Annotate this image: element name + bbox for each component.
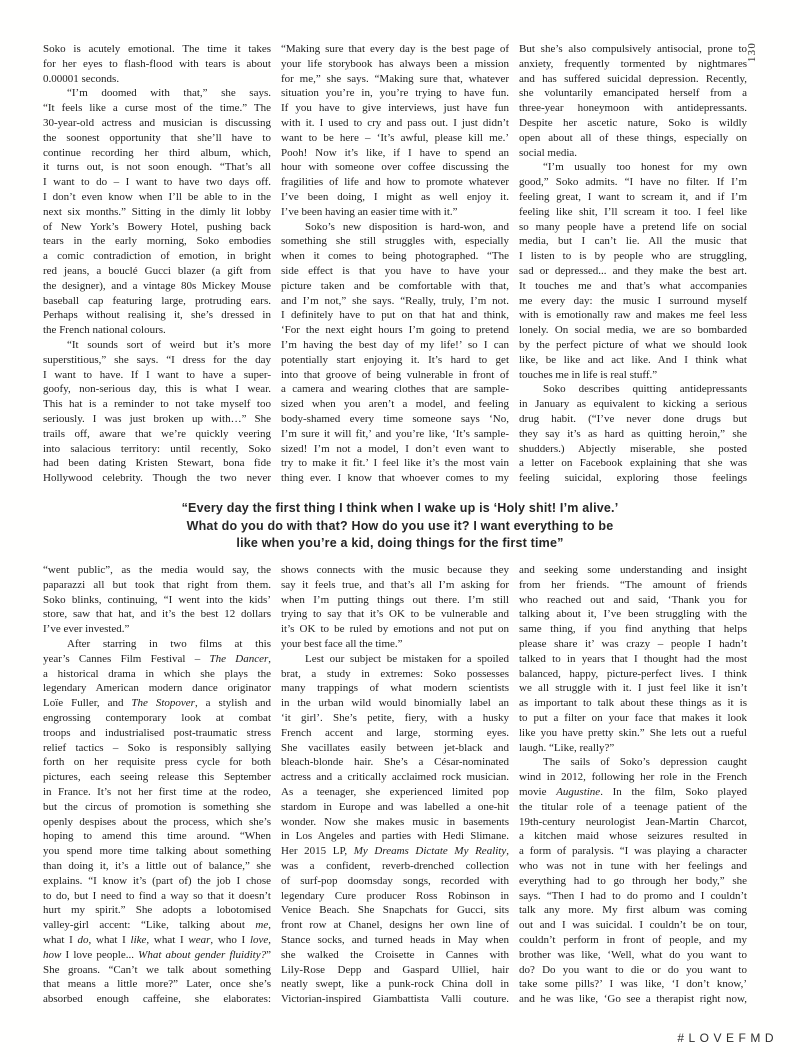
text-line: valley-girl accent: “Like, talking about… — [43, 918, 271, 933]
text-line: Hollywood celebrity. Though the two neve… — [43, 471, 271, 486]
text-line: 19th-century neurologist Jean-Martin Cha… — [519, 815, 747, 830]
text-line: and he was like, ‘Go see a therapist rig… — [519, 992, 747, 1007]
text-line: a kitchen maid whose seizures resulted i… — [519, 829, 747, 844]
text-line: wind in 2012, following her role in the … — [519, 770, 747, 785]
text-line: side effect is that you have to have you… — [281, 264, 509, 279]
text-line: says. “Then I had to do promo and I coul… — [519, 889, 747, 904]
text-line: “It sounds sort of weird but it’s more — [43, 338, 271, 353]
text-line: that means a little more?” Later, once s… — [43, 977, 271, 992]
text-line: she voluntarily emancipated herself from… — [519, 86, 747, 101]
text-line: feeling suicidal, exploring those feelin… — [519, 471, 747, 486]
magazine-page: Soko is acutely emotional. The time it t… — [0, 0, 800, 1057]
text-line: I’ve been doing, I might as well enjoy i… — [281, 190, 509, 205]
text-line: brother was like, ‘Well, what do you wan… — [519, 948, 747, 963]
text-line: talking about it, I’ve been struggling w… — [519, 607, 747, 622]
text-line: feeling great, I want to scream it, and … — [519, 190, 747, 205]
text-line: to put a filter on your face that makes … — [519, 711, 747, 726]
text-line: Soko is acutely emotional. The time it t… — [43, 42, 271, 57]
text-line: body-shamed every time someone says ‘No, — [281, 412, 509, 427]
text-line: something she still struggles with, espe… — [281, 234, 509, 249]
text-line: absorbed enough caffeine, she elaborates… — [43, 992, 271, 1007]
text-line: Perhaps without realising it, she’s dres… — [43, 308, 271, 323]
text-line: next six months.” Sitting in the dimly l… — [43, 205, 271, 220]
text-line: it’s OK to be ruled by emotions and not … — [281, 622, 509, 637]
text-line: I want to have. If I want to have a supe… — [43, 368, 271, 383]
text-line: red jeans, a bouclé Gucci blazer (a gift… — [43, 264, 271, 279]
text-line: of New York’s Bowery Hotel, pushing back — [43, 220, 271, 235]
text-line: paparazzi all but took that right from t… — [43, 578, 271, 593]
text-line: This hat is a reminder to not take mysel… — [43, 397, 271, 412]
text-line: She vacillates easily between jet-black … — [281, 741, 509, 756]
text-line: “I’m usually too honest for my own — [519, 160, 747, 175]
text-line: for me,” she says. “Making sure that, wh… — [281, 72, 509, 87]
text-line: same thing, if you find anything that he… — [519, 622, 747, 637]
text-line: open about all of these things, especial… — [519, 131, 747, 146]
pull-quote: “Every day the first thing I think when … — [60, 500, 740, 553]
text-line: in the urban wild would binomially label… — [281, 696, 509, 711]
text-line: pictures, each seeing release this Septe… — [43, 770, 271, 785]
text-line: French accent and large, storming eyes. — [281, 726, 509, 741]
text-line: hour with someone over coffee discussing… — [281, 160, 509, 175]
text-line: “It feels like a curse most of the time.… — [43, 101, 271, 116]
text-line: explains. “I know it’s (part of) the job… — [43, 874, 271, 889]
text-line: who was not in tune with her feelings an… — [519, 859, 747, 874]
text-line: your life storybook has always been a mi… — [281, 57, 509, 72]
text-line: she walked the Croisette in Cannes with — [281, 948, 509, 963]
text-line: they say it’s as hard as quitting heroin… — [519, 427, 747, 442]
text-line: balanced, happy, picture-perfect lives. … — [519, 667, 747, 682]
article-lower-block: “went public”, as the media would say, t… — [43, 563, 747, 1007]
text-line: continue recording her third album, whic… — [43, 146, 271, 161]
text-line: talk any more. My first album was coming — [519, 903, 747, 918]
text-line: I don’t even know when I’ll be able to i… — [43, 190, 271, 205]
text-line: hurt my spirit.” She adopts a lobotomise… — [43, 903, 271, 918]
text-line: it turns out, is not soon enough. “That’… — [43, 160, 271, 175]
text-line: in France. It’s not her first time at th… — [43, 785, 271, 800]
text-line: ‘it girl’. She’s petite, fiery, with a h… — [281, 711, 509, 726]
text-line: how I love people... What about gender f… — [43, 948, 271, 963]
text-line: when it comes to being photographed. “Th… — [281, 249, 509, 264]
text-line: front row at Chanel, designs her own lin… — [281, 918, 509, 933]
text-line: legendary American modern dance originat… — [43, 681, 271, 696]
text-line: baseball cap featuring large, protruding… — [43, 294, 271, 309]
text-line: to do, but I need to find a way so that … — [43, 889, 271, 904]
text-line: fragilities of life and how to promote w… — [281, 175, 509, 190]
text-line: As a teenager, she experienced limited p… — [281, 785, 509, 800]
text-line: troops and industrialised post-traumatic… — [43, 726, 271, 741]
text-line: your best face all the time.” — [281, 637, 509, 652]
text-line: the soonest opportunity that she’ll have… — [43, 131, 271, 146]
text-line: sized! I’m not a model, I don’t even wan… — [281, 442, 509, 457]
text-line: potentially start enjoying it. It’s hard… — [281, 353, 509, 368]
text-line: the French national colours. — [43, 323, 271, 338]
text-line: want to be here – ‘It’s awful, please ki… — [281, 131, 509, 146]
text-line: I want to do – I want to have two days o… — [43, 175, 271, 190]
text-line: for her eyes to flash-flood with tears i… — [43, 57, 271, 72]
text-line: I listen to is by people who are struggl… — [519, 249, 747, 264]
text-line: Her 2015 LP, My Dreams Dictate My Realit… — [281, 844, 509, 859]
article-column-lower-1: “went public”, as the media would say, t… — [43, 563, 271, 1007]
text-line: Loïe Fuller, and The Stopover, a stylish… — [43, 696, 271, 711]
text-line: I’ve been having an easier time with it.… — [281, 205, 509, 220]
text-line: like when you’re a kid, doing things for… — [60, 535, 740, 553]
text-line: Soko’s new disposition is hard-won, and — [281, 220, 509, 235]
text-line: touches me in life is real stuff.” — [519, 368, 747, 383]
text-line: shows connects with the music because th… — [281, 563, 509, 578]
article-upper-block: Soko is acutely emotional. The time it t… — [43, 42, 747, 486]
text-line: three-year honeymoon with antidepressant… — [519, 101, 747, 116]
text-line: a comic contradiction of emotion, in bri… — [43, 249, 271, 264]
text-line: me every day: the music I surround mysel… — [519, 294, 747, 309]
text-line: but the circus of promotion is something… — [43, 800, 271, 815]
text-line: and has suffered suicidal depression. Re… — [519, 72, 747, 87]
text-line: stardom in Europe and was labelled a one… — [281, 800, 509, 815]
article-column-lower-2: shows connects with the music because th… — [281, 563, 509, 1007]
text-line: I’ve ever invested.” — [43, 622, 271, 637]
text-line: Despite her ascetic nature, Soko is wild… — [519, 116, 747, 131]
text-line: take some pills?’ I was like, ‘I don’t k… — [519, 977, 747, 992]
text-line: drug habit. (“I’ve never done drugs but — [519, 412, 747, 427]
text-line: openly despises about the process, which… — [43, 815, 271, 830]
text-line: anxiety, frequently tormented by nightma… — [519, 57, 747, 72]
text-line: relief tactics – Soko is responsibly sal… — [43, 741, 271, 756]
page-number: 130 — [747, 42, 758, 62]
text-line: thing ever. I know that whoever comes to… — [281, 471, 509, 486]
text-line: in Los Angeles and parties with Hedi Sli… — [281, 829, 509, 844]
text-line: sad or depressed... and they make the be… — [519, 264, 747, 279]
text-line: 0.00001 seconds. — [43, 72, 271, 87]
text-line: shudders.) Abjectly miserable, she poste… — [519, 442, 747, 457]
text-line: couldn’t perform in front of people, and… — [519, 933, 747, 948]
text-line: If you have to give interviews, just hav… — [281, 101, 509, 116]
text-line: I’m having the best day of my life!’ so … — [281, 338, 509, 353]
article-column-upper-1: Soko is acutely emotional. The time it t… — [43, 42, 271, 486]
text-line: try to make it fit.’ I feel like it’s th… — [281, 456, 509, 471]
text-line: neatly swept, like a punk-rock China dol… — [281, 977, 509, 992]
text-line: media, but I can’t lie. All the music th… — [519, 234, 747, 249]
text-line: with it. I used to cry and pass out. I j… — [281, 116, 509, 131]
text-line: After starring in two films at this — [43, 637, 271, 652]
article-column-lower-3: and seeking some understanding and insig… — [519, 563, 747, 1007]
text-line: in January as equivalent to kicking a se… — [519, 397, 747, 412]
text-line: please share it’ was crazy – people I ha… — [519, 637, 747, 652]
text-line: was a confident, reverb-drenched collect… — [281, 859, 509, 874]
text-line: But she’s also compulsively antisocial, … — [519, 42, 747, 57]
text-line: Lily-Rose Depp and Gaspard Ulliel, hair — [281, 963, 509, 978]
text-line: everything had to go through her body,” … — [519, 874, 747, 889]
text-line: “Every day the first thing I think when … — [60, 500, 740, 518]
text-line: you spend more time talking about someth… — [43, 844, 271, 859]
text-line: I definitely have to put on that hat and… — [281, 308, 509, 323]
text-line: a historical drama in which she plays th… — [43, 667, 271, 682]
text-line: had been dating Kristen Stewart, bona fi… — [43, 456, 271, 471]
text-line: of surf-pop doomsday songs, recorded wit… — [281, 874, 509, 889]
text-line: with is emotionally raw and makes me fee… — [519, 308, 747, 323]
text-line: hoping to amend this time around. “When — [43, 829, 271, 844]
text-line: social media. — [519, 146, 747, 161]
article-column-upper-2: “Making sure that every day is the best … — [281, 42, 509, 486]
text-line: tears in the early morning, Soko embodie… — [43, 234, 271, 249]
text-line: Lest our subject be mistaken for a spoil… — [281, 652, 509, 667]
text-line: a letter on Facebook explaining that she… — [519, 456, 747, 471]
text-line: than doing it, it’s a little out of bala… — [43, 859, 271, 874]
text-line: situation you’re in, you’re trying to ha… — [281, 86, 509, 101]
text-line: like you have pretty skin.” She lets out… — [519, 726, 747, 741]
text-line: Stance socks, and turned heads in May wh… — [281, 933, 509, 948]
text-line: forth on her requisite press cycle for b… — [43, 755, 271, 770]
text-line: engrossing contemporary look at combat — [43, 711, 271, 726]
text-line: talked to in years that I thought had th… — [519, 652, 747, 667]
text-line: many trappings of what modern scientists — [281, 681, 509, 696]
text-line: What do you do with that? How do you use… — [60, 518, 740, 536]
text-line: “went public”, as the media would say, t… — [43, 563, 271, 578]
text-line: who reached out and said, ‘Thank you for — [519, 593, 747, 608]
text-line: and I’m not,” she says. “Really, truly, … — [281, 294, 509, 309]
text-line: goofy, non-serious day, this is what I w… — [43, 382, 271, 397]
text-line: do? Do you want to die or do you want to — [519, 963, 747, 978]
text-line: Pooh! Now it’s like, if I have to spend … — [281, 146, 509, 161]
text-line: superstitious,” she says. “I dress for t… — [43, 353, 271, 368]
text-line: feeling like shit, I’ll scream it too. I… — [519, 205, 747, 220]
text-line: legendary Cure producer Ross Robinson in — [281, 889, 509, 904]
text-line: say it feels true, and that’s all I’m as… — [281, 578, 509, 593]
text-line: Venice Beach. She Snapchats for Gucci, s… — [281, 903, 509, 918]
text-line: “Making sure that every day is the best … — [281, 42, 509, 57]
text-line: into that groove of being vulnerable in … — [281, 368, 509, 383]
text-line: from her friends. “The amount of friends — [519, 578, 747, 593]
watermark-hashtag: #LOVEFMD — [677, 1031, 778, 1045]
text-line: a form of paralysis. “I was playing a ch… — [519, 844, 747, 859]
text-line: Soko blinks, continuing, “I went into th… — [43, 593, 271, 608]
text-line: year’s Cannes Film Festival – The Dancer… — [43, 652, 271, 667]
article-column-upper-3: But she’s also compulsively antisocial, … — [519, 42, 747, 486]
text-line: actress and a critically acclaimed rock … — [281, 770, 509, 785]
text-line: brat, a study in extremes: Soko possesse… — [281, 667, 509, 682]
text-line: Soko describes quitting antidepressants — [519, 382, 747, 397]
text-line: 30-year-old actress and musician is disc… — [43, 116, 271, 131]
text-line: trying to say that it’s OK to be vulnera… — [281, 607, 509, 622]
text-line: “I’m doomed with that,” she says. — [43, 86, 271, 101]
text-line: trails off, aware that we’re quickly vee… — [43, 427, 271, 442]
text-line: out and I was suicidal. I couldn’t be on… — [519, 918, 747, 933]
text-line: It touches me and that’s what accompanie… — [519, 279, 747, 294]
text-line: Victorian-inspired Giambattista Valli co… — [281, 992, 509, 1007]
text-line: into salacious territory: until recently… — [43, 442, 271, 457]
text-line: seriously. I was just broken up with…” S… — [43, 412, 271, 427]
text-line: what I do, what I like, what I wear, who… — [43, 933, 271, 948]
text-line: the titular role of a teenage patient of… — [519, 800, 747, 815]
text-line: we all struggle with it. I just feel lik… — [519, 681, 747, 696]
text-line: the designer), and a vintage 80s Mickey … — [43, 279, 271, 294]
text-line: good,” Soko admits. “I have no filter. I… — [519, 175, 747, 190]
text-line: like, be like and act like. And I think … — [519, 353, 747, 368]
text-line: movie Augustine. In the film, Soko playe… — [519, 785, 747, 800]
text-line: store, saw that hat, and it’s the best 1… — [43, 607, 271, 622]
text-line: sized when you aren’t a model, and feeli… — [281, 397, 509, 412]
text-line: lonely. On social media, we are so bomba… — [519, 323, 747, 338]
text-line: wonder. Now she makes music in basements — [281, 815, 509, 830]
text-line: picture taken and be comfortable with th… — [281, 279, 509, 294]
text-line: a camera and wearing clothes that are sa… — [281, 382, 509, 397]
text-line: She groans. “Can’t we talk about somethi… — [43, 963, 271, 978]
text-line: so many people have a pretend life on so… — [519, 220, 747, 235]
text-line: when I’m putting things out there. I’m s… — [281, 593, 509, 608]
text-line: by the perfect picture of what we should… — [519, 338, 747, 353]
text-line: The sails of Soko’s depression caught — [519, 755, 747, 770]
text-line: laugh. “Like, really?” — [519, 741, 747, 756]
text-line: ‘For the next eight hours I’m going to p… — [281, 323, 509, 338]
text-line: I’m sure it will fit,’ and you’re like, … — [281, 427, 509, 442]
text-line: and seeking some understanding and insig… — [519, 563, 747, 578]
text-line: bleach-blonde hair. She’s a César-nomina… — [281, 755, 509, 770]
text-line: as important to talk about these things … — [519, 696, 747, 711]
